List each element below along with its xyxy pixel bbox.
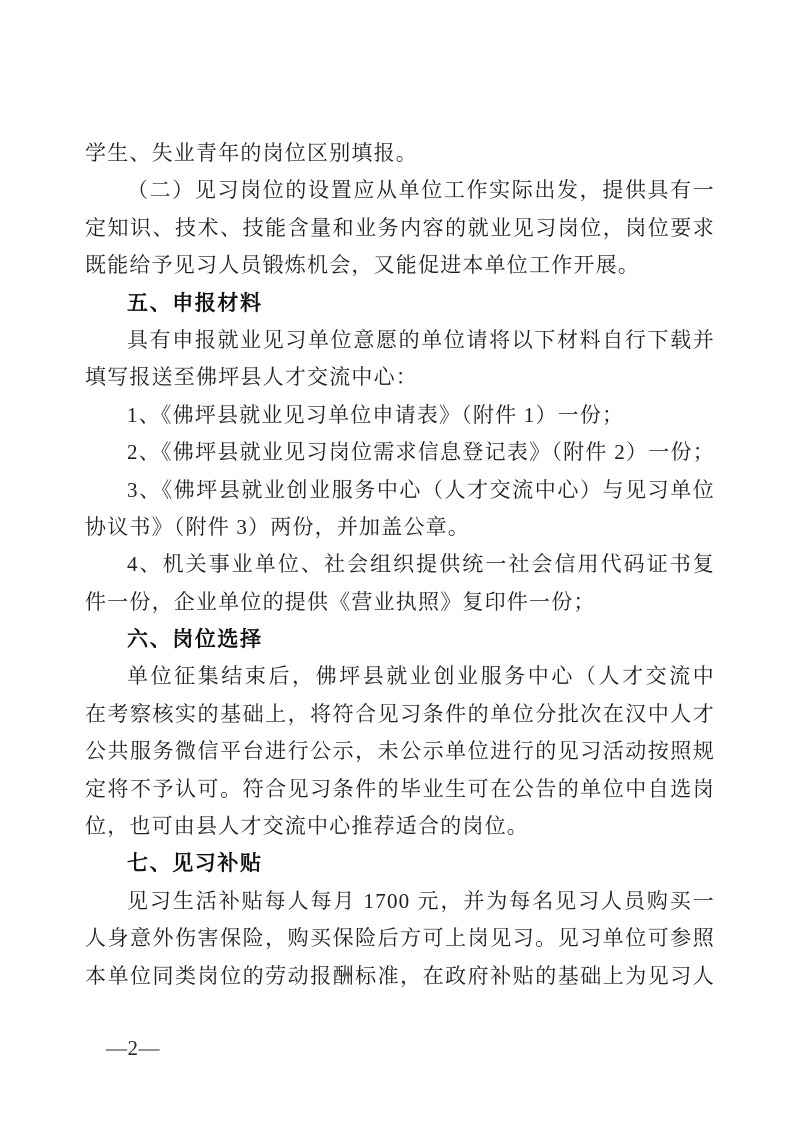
- list-item-1: 1、《佛坪县就业见习单位申请表》（附件 1）一份；: [85, 397, 715, 434]
- text-line: 见习生活补贴每人每月 1700 元，并为每名见习人员购买一份: [85, 883, 715, 920]
- section-heading-6: 六、岗位选择: [85, 621, 715, 658]
- text-line: 单位征集结束后，佛坪县就业创业服务中心（人才交流中心）: [85, 658, 715, 695]
- text-line: 协议书》（附件 3）两份，并加盖公章。: [85, 509, 715, 546]
- text-line: 人身意外伤害保险，购买保险后方可上岗见习。见习单位可参照: [85, 920, 715, 957]
- document-page: 学生、失业青年的岗位区别填报。 （二）见习岗位的设置应从单位工作实际出发，提供具…: [0, 0, 793, 1122]
- list-item-4: 4、机关事业单位、社会组织提供统一社会信用代码证书复印: [85, 546, 715, 583]
- text-line: 学生、失业青年的岗位区别填报。: [85, 135, 715, 172]
- text-line: 在考察核实的基础上，将符合见习条件的单位分批次在汉中人才: [85, 696, 715, 733]
- section-heading-5: 五、申报材料: [85, 285, 715, 322]
- text-line: 定将不予认可。符合见习条件的毕业生可在公告的单位中自选岗: [85, 771, 715, 808]
- text-line: 具有申报就业见习单位意愿的单位请将以下材料自行下载并: [85, 322, 715, 359]
- list-item-3: 3、《佛坪县就业创业服务中心（人才交流中心）与见习单位: [85, 472, 715, 509]
- section-heading-7: 七、见习补贴: [85, 845, 715, 882]
- list-item-2: 2、《佛坪县就业见习岗位需求信息登记表》（附件 2）一份；: [85, 434, 715, 471]
- text-line: 公共服务微信平台进行公示，未公示单位进行的见习活动按照规: [85, 733, 715, 770]
- text-line: 定知识、技术、技能含量和业务内容的就业见习岗位，岗位要求: [85, 210, 715, 247]
- text-line: 位，也可由县人才交流中心推荐适合的岗位。: [85, 808, 715, 845]
- page-number: —2—: [106, 1036, 160, 1060]
- text-line: （二）见习岗位的设置应从单位工作实际出发，提供具有一: [85, 172, 715, 209]
- text-line: 本单位同类岗位的劳动报酬标准，在政府补贴的基础上为见习人: [85, 958, 715, 995]
- document-text: 学生、失业青年的岗位区别填报。 （二）见习岗位的设置应从单位工作实际出发，提供具…: [85, 135, 715, 995]
- text-line: 既能给予见习人员锻炼机会，又能促进本单位工作开展。: [85, 247, 715, 284]
- text-line: 件一份，企业单位的提供《营业执照》复印件一份；: [85, 584, 715, 621]
- text-line: 填写报送至佛坪县人才交流中心：: [85, 359, 715, 396]
